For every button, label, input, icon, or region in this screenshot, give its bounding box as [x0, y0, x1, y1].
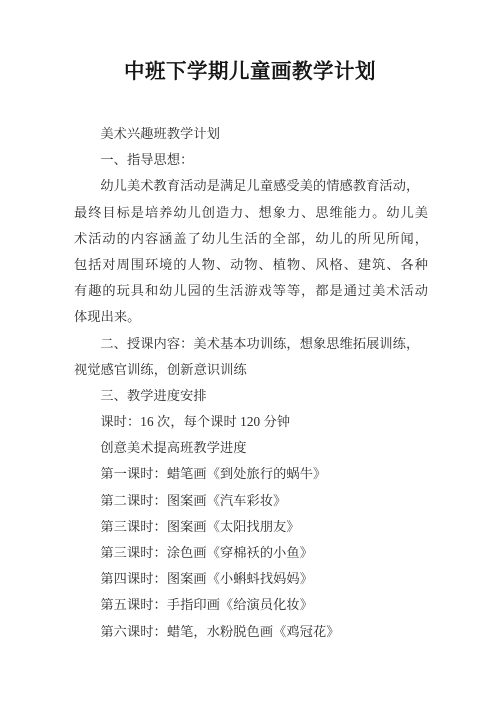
text-line: 创意美术提高班教学进度	[74, 435, 428, 461]
document-title: 中班下学期儿童画教学计划	[0, 58, 500, 86]
text-line: 视觉感官训练，创新意识训练	[74, 357, 428, 383]
document-page: 中班下学期儿童画教学计划 美术兴趣班教学计划一、指导思想：幼儿美术教育活动是满足…	[0, 0, 500, 707]
text-line: 一、指导思想：	[74, 147, 428, 173]
text-line: 第三课时：图案画《太阳找朋友》	[74, 514, 428, 540]
text-line: 二、授课内容：美术基本功训练，想象思维拓展训练，	[74, 331, 428, 357]
text-line: 术活动的内容涵盖了幼儿生活的全部，幼儿的所见所闻，	[74, 226, 428, 252]
text-line: 美术兴趣班教学计划	[74, 121, 428, 147]
text-line: 第二课时：图案画《汽车彩妆》	[74, 488, 428, 514]
document-body: 美术兴趣班教学计划一、指导思想：幼儿美术教育活动是满足儿童感受美的情感教育活动，…	[74, 121, 428, 645]
text-line: 第一课时：蜡笔画《到处旅行的蜗牛》	[74, 461, 428, 487]
text-line: 包括对周围环境的人物、动物、植物、风格、建筑、各种	[74, 252, 428, 278]
text-line: 第六课时：蜡笔，水粉脱色画《鸡冠花》	[74, 619, 428, 645]
text-line: 最终目标是培养幼儿创造力、想象力、思维能力。幼儿美	[74, 200, 428, 226]
text-line: 课时：16 次，每个课时 120 分钟	[74, 409, 428, 435]
text-line: 有趣的玩具和幼儿园的生活游戏等等，都是通过美术活动	[74, 278, 428, 304]
text-line: 第四课时：图案画《小蝌蚪找妈妈》	[74, 566, 428, 592]
text-line: 体现出来。	[74, 304, 428, 330]
text-line: 第五课时：手指印画《给演员化妆》	[74, 592, 428, 618]
text-line: 幼儿美术教育活动是满足儿童感受美的情感教育活动，	[74, 173, 428, 199]
text-line: 三、教学进度安排	[74, 383, 428, 409]
text-line: 第三课时：涂色画《穿棉袄的小鱼》	[74, 540, 428, 566]
